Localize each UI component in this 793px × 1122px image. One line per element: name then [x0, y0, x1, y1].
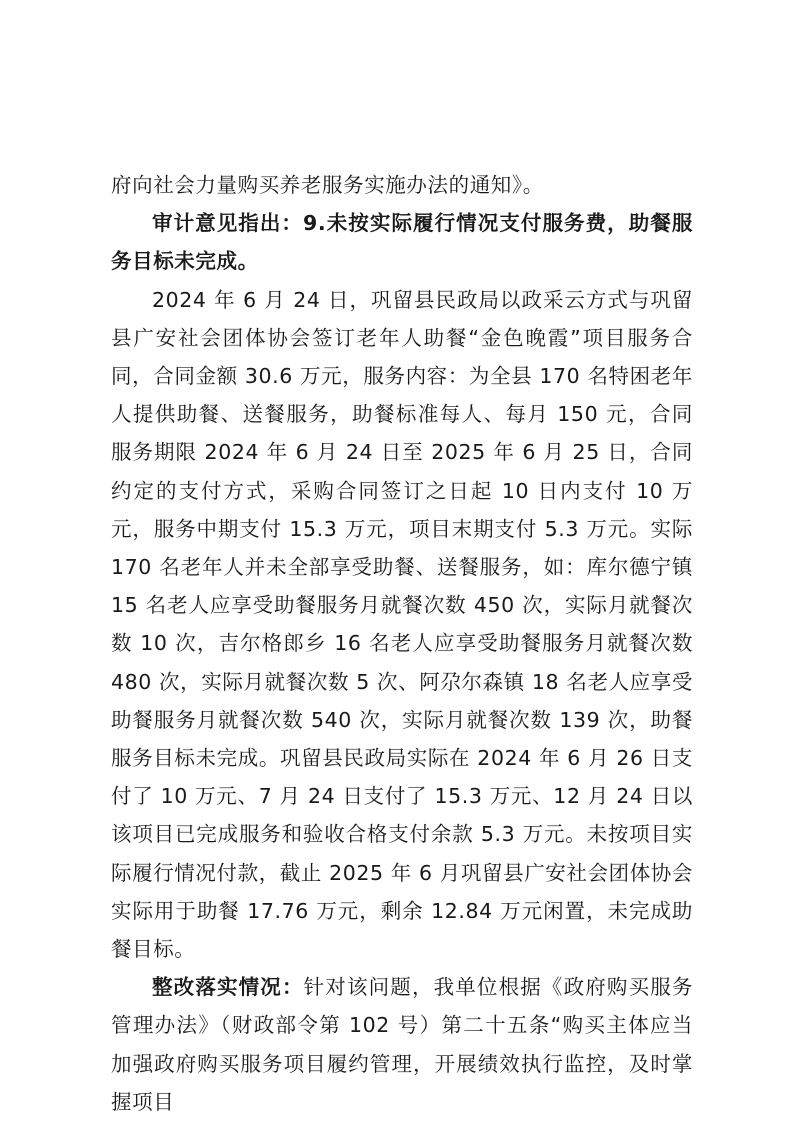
audit-opinion-label: 审计意见指出： [152, 211, 303, 235]
paragraph-text: 府向社会力量购买养老服务实施办法的通知》。 [111, 173, 544, 197]
paragraph-rectification: 整改落实情况：针对该问题，我单位根据《政府购买服务管理办法》（财政部令第 102… [111, 968, 693, 1121]
rectification-label: 整改落实情况： [152, 975, 304, 999]
paragraph-text: 2024 年 6 月 24 日，巩留县民政局以政采云方式与巩留县广安社会团体协会… [111, 288, 693, 961]
paragraph-continuation: 府向社会力量购买养老服务实施办法的通知》。 [111, 166, 693, 204]
paragraph-audit-finding: 审计意见指出：9.未按实际履行情况支付服务费，助餐服务目标未完成。 [111, 204, 693, 280]
document-page: 府向社会力量购买养老服务实施办法的通知》。 审计意见指出：9.未按实际履行情况支… [111, 166, 693, 1121]
paragraph-details: 2024 年 6 月 24 日，巩留县民政局以政采云方式与巩留县广安社会团体协会… [111, 281, 693, 969]
